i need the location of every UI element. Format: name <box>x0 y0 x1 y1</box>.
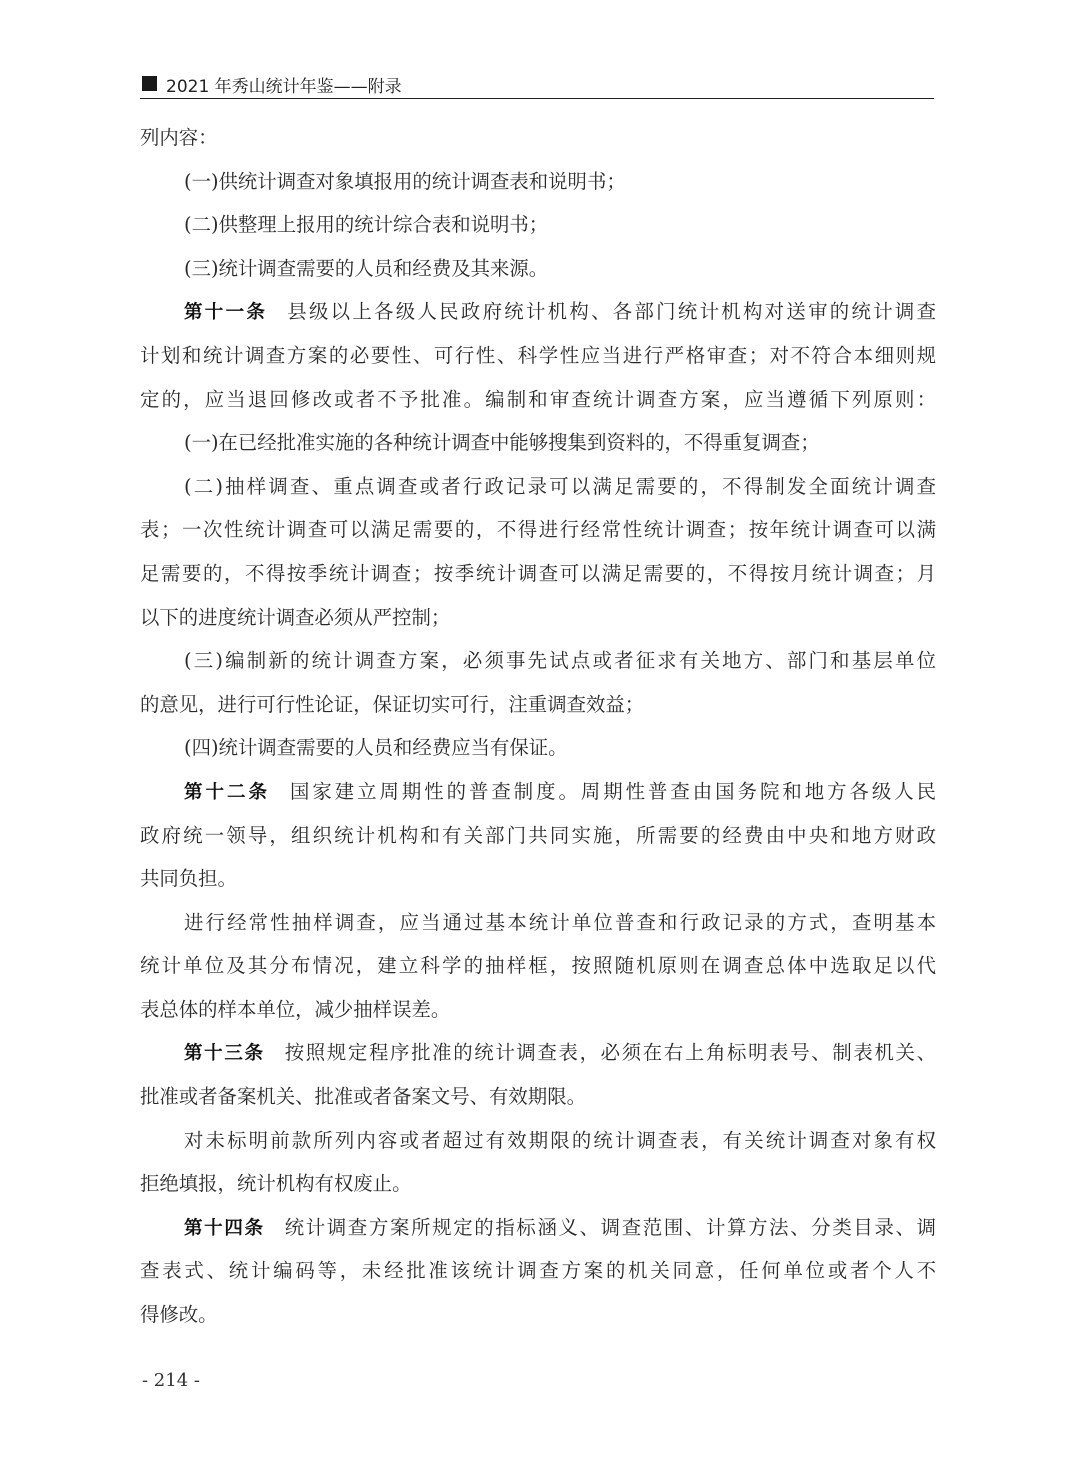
article-line: 第十三条按照规定程序批准的统计调查表，必须在右上角标明表号、制表机关、 <box>140 1031 936 1075</box>
article-line: 第十四条统计调查方案所规定的指标涵义、调查范围、计算方法、分类目录、调 <box>140 1206 936 1250</box>
line-text: 统计单位及其分布情况，建立科学的抽样框，按照随机原则在调查总体中选取足以代 <box>140 954 936 977</box>
article-number: 第十三条 <box>184 1043 265 1064</box>
text-line: 政府统一领导，组织统计机构和有关部门共同实施，所需要的经费由中央和地方财政 <box>140 814 936 858</box>
line-text: 定的，应当退回修改或者不予批准。编制和审查统计调查方案，应当遵循下列原则： <box>140 388 936 411</box>
text-line: 列内容： <box>140 116 936 160</box>
line-text: 足需要的，不得按季统计调查；按季统计调查可以满足需要的，不得按月统计调查；月 <box>140 562 936 585</box>
text-line: (一)供统计调查对象填报用的统计调查表和说明书； <box>140 160 936 204</box>
line-text: 表；一次性统计调查可以满足需要的，不得进行经常性统计调查；按年统计调查可以满 <box>140 518 936 541</box>
document-body: 列内容：(一)供统计调查对象填报用的统计调查表和说明书；(二)供整理上报用的统计… <box>140 116 936 1337</box>
article-number: 第十四条 <box>184 1218 265 1239</box>
line-text: 表总体的样本单位，减少抽样误差。 <box>140 998 450 1021</box>
line-text: (四)统计调查需要的人员和经费应当有保证。 <box>184 736 568 759</box>
text-line: 表；一次性统计调查可以满足需要的，不得进行经常性统计调查；按年统计调查可以满 <box>140 508 936 552</box>
text-line: (四)统计调查需要的人员和经费应当有保证。 <box>140 726 936 770</box>
article-line: 第十二条国家建立周期性的普查制度。周期性普查由国务院和地方各级人民 <box>140 770 936 814</box>
article-number: 第十二条 <box>184 782 270 803</box>
line-text: 国家建立周期性的普查制度。周期性普查由国务院和地方各级人民 <box>290 780 936 803</box>
text-line: 的意见，进行可行性论证，保证切实可行，注重调查效益； <box>140 683 936 727</box>
line-text: 计划和统计调查方案的必要性、可行性、科学性应当进行严格审查；对不符合本细则规 <box>140 344 936 367</box>
line-text: (三)编制新的统计调查方案，必须事先试点或者征求有关地方、部门和基层单位 <box>184 649 936 672</box>
text-line: (二)供整理上报用的统计综合表和说明书； <box>140 203 936 247</box>
line-text: 以下的进度统计调查必须从严控制； <box>140 606 450 629</box>
page-number: - 214 - <box>142 1370 200 1391</box>
article-line: 第十一条县级以上各级人民政府统计机构、各部门统计机构对送审的统计调查 <box>140 290 936 334</box>
text-line: 定的，应当退回修改或者不予批准。编制和审查统计调查方案，应当遵循下列原则： <box>140 378 936 422</box>
line-text: 统计调查方案所规定的指标涵义、调查范围、计算方法、分类目录、调 <box>285 1216 936 1239</box>
text-line: 批准或者备案机关、批准或者备案文号、有效期限。 <box>140 1075 936 1119</box>
text-line: 进行经常性抽样调查，应当通过基本统计单位普查和行政记录的方式，查明基本 <box>140 901 936 945</box>
text-line: 以下的进度统计调查必须从严控制； <box>140 596 936 640</box>
line-text: 共同负担。 <box>140 867 237 890</box>
line-text: 的意见，进行可行性论证，保证切实可行，注重调查效益； <box>140 693 644 716</box>
text-line: (一)在已经批准实施的各种统计调查中能够搜集到资料的，不得重复调查； <box>140 421 936 465</box>
text-line: 计划和统计调查方案的必要性、可行性、科学性应当进行严格审查；对不符合本细则规 <box>140 334 936 378</box>
line-text: 拒绝填报，统计机构有权废止。 <box>140 1172 411 1195</box>
article-number: 第十一条 <box>184 302 267 323</box>
line-text: 查表式、统计编码等，未经批准该统计调查方案的机关同意，任何单位或者个人不 <box>140 1259 936 1282</box>
line-text: 按照规定程序批准的统计调查表，必须在右上角标明表号、制表机关、 <box>285 1041 936 1064</box>
text-line: 拒绝填报，统计机构有权废止。 <box>140 1162 936 1206</box>
line-text: 批准或者备案机关、批准或者备案文号、有效期限。 <box>140 1085 586 1108</box>
text-line: 查表式、统计编码等，未经批准该统计调查方案的机关同意，任何单位或者个人不 <box>140 1249 936 1293</box>
running-header-title: 2021 年秀山统计年鉴——附录 <box>166 72 402 97</box>
text-line: (二)抽样调查、重点调查或者行政记录可以满足需要的，不得制发全面统计调查 <box>140 465 936 509</box>
text-line: 得修改。 <box>140 1293 936 1337</box>
line-text: (三)统计调查需要的人员和经费及其来源。 <box>184 257 548 280</box>
black-square-icon <box>142 76 157 91</box>
text-line: 统计单位及其分布情况，建立科学的抽样框，按照随机原则在调查总体中选取足以代 <box>140 944 936 988</box>
line-text: 对未标明前款所列内容或者超过有效期限的统计调查表，有关统计调查对象有权 <box>184 1129 936 1152</box>
text-line: (三)统计调查需要的人员和经费及其来源。 <box>140 247 936 291</box>
running-header: 2021 年秀山统计年鉴——附录 <box>140 72 934 99</box>
text-line: (三)编制新的统计调查方案，必须事先试点或者征求有关地方、部门和基层单位 <box>140 639 936 683</box>
line-text: 列内容： <box>140 126 218 149</box>
line-text: (一)在已经批准实施的各种统计调查中能够搜集到资料的，不得重复调查； <box>184 431 820 454</box>
text-line: 足需要的，不得按季统计调查；按季统计调查可以满足需要的，不得按月统计调查；月 <box>140 552 936 596</box>
line-text: 得修改。 <box>140 1303 218 1326</box>
line-text: 进行经常性抽样调查，应当通过基本统计单位普查和行政记录的方式，查明基本 <box>184 911 936 934</box>
line-text: (一)供统计调查对象填报用的统计调查表和说明书； <box>184 170 626 193</box>
text-line: 共同负担。 <box>140 857 936 901</box>
text-line: 对未标明前款所列内容或者超过有效期限的统计调查表，有关统计调查对象有权 <box>140 1119 936 1163</box>
line-text: 县级以上各级人民政府统计机构、各部门统计机构对送审的统计调查 <box>287 300 936 323</box>
line-text: (二)抽样调查、重点调查或者行政记录可以满足需要的，不得制发全面统计调查 <box>184 475 936 498</box>
text-line: 表总体的样本单位，减少抽样误差。 <box>140 988 936 1032</box>
line-text: 政府统一领导，组织统计机构和有关部门共同实施，所需要的经费由中央和地方财政 <box>140 824 936 847</box>
line-text: (二)供整理上报用的统计综合表和说明书； <box>184 213 548 236</box>
